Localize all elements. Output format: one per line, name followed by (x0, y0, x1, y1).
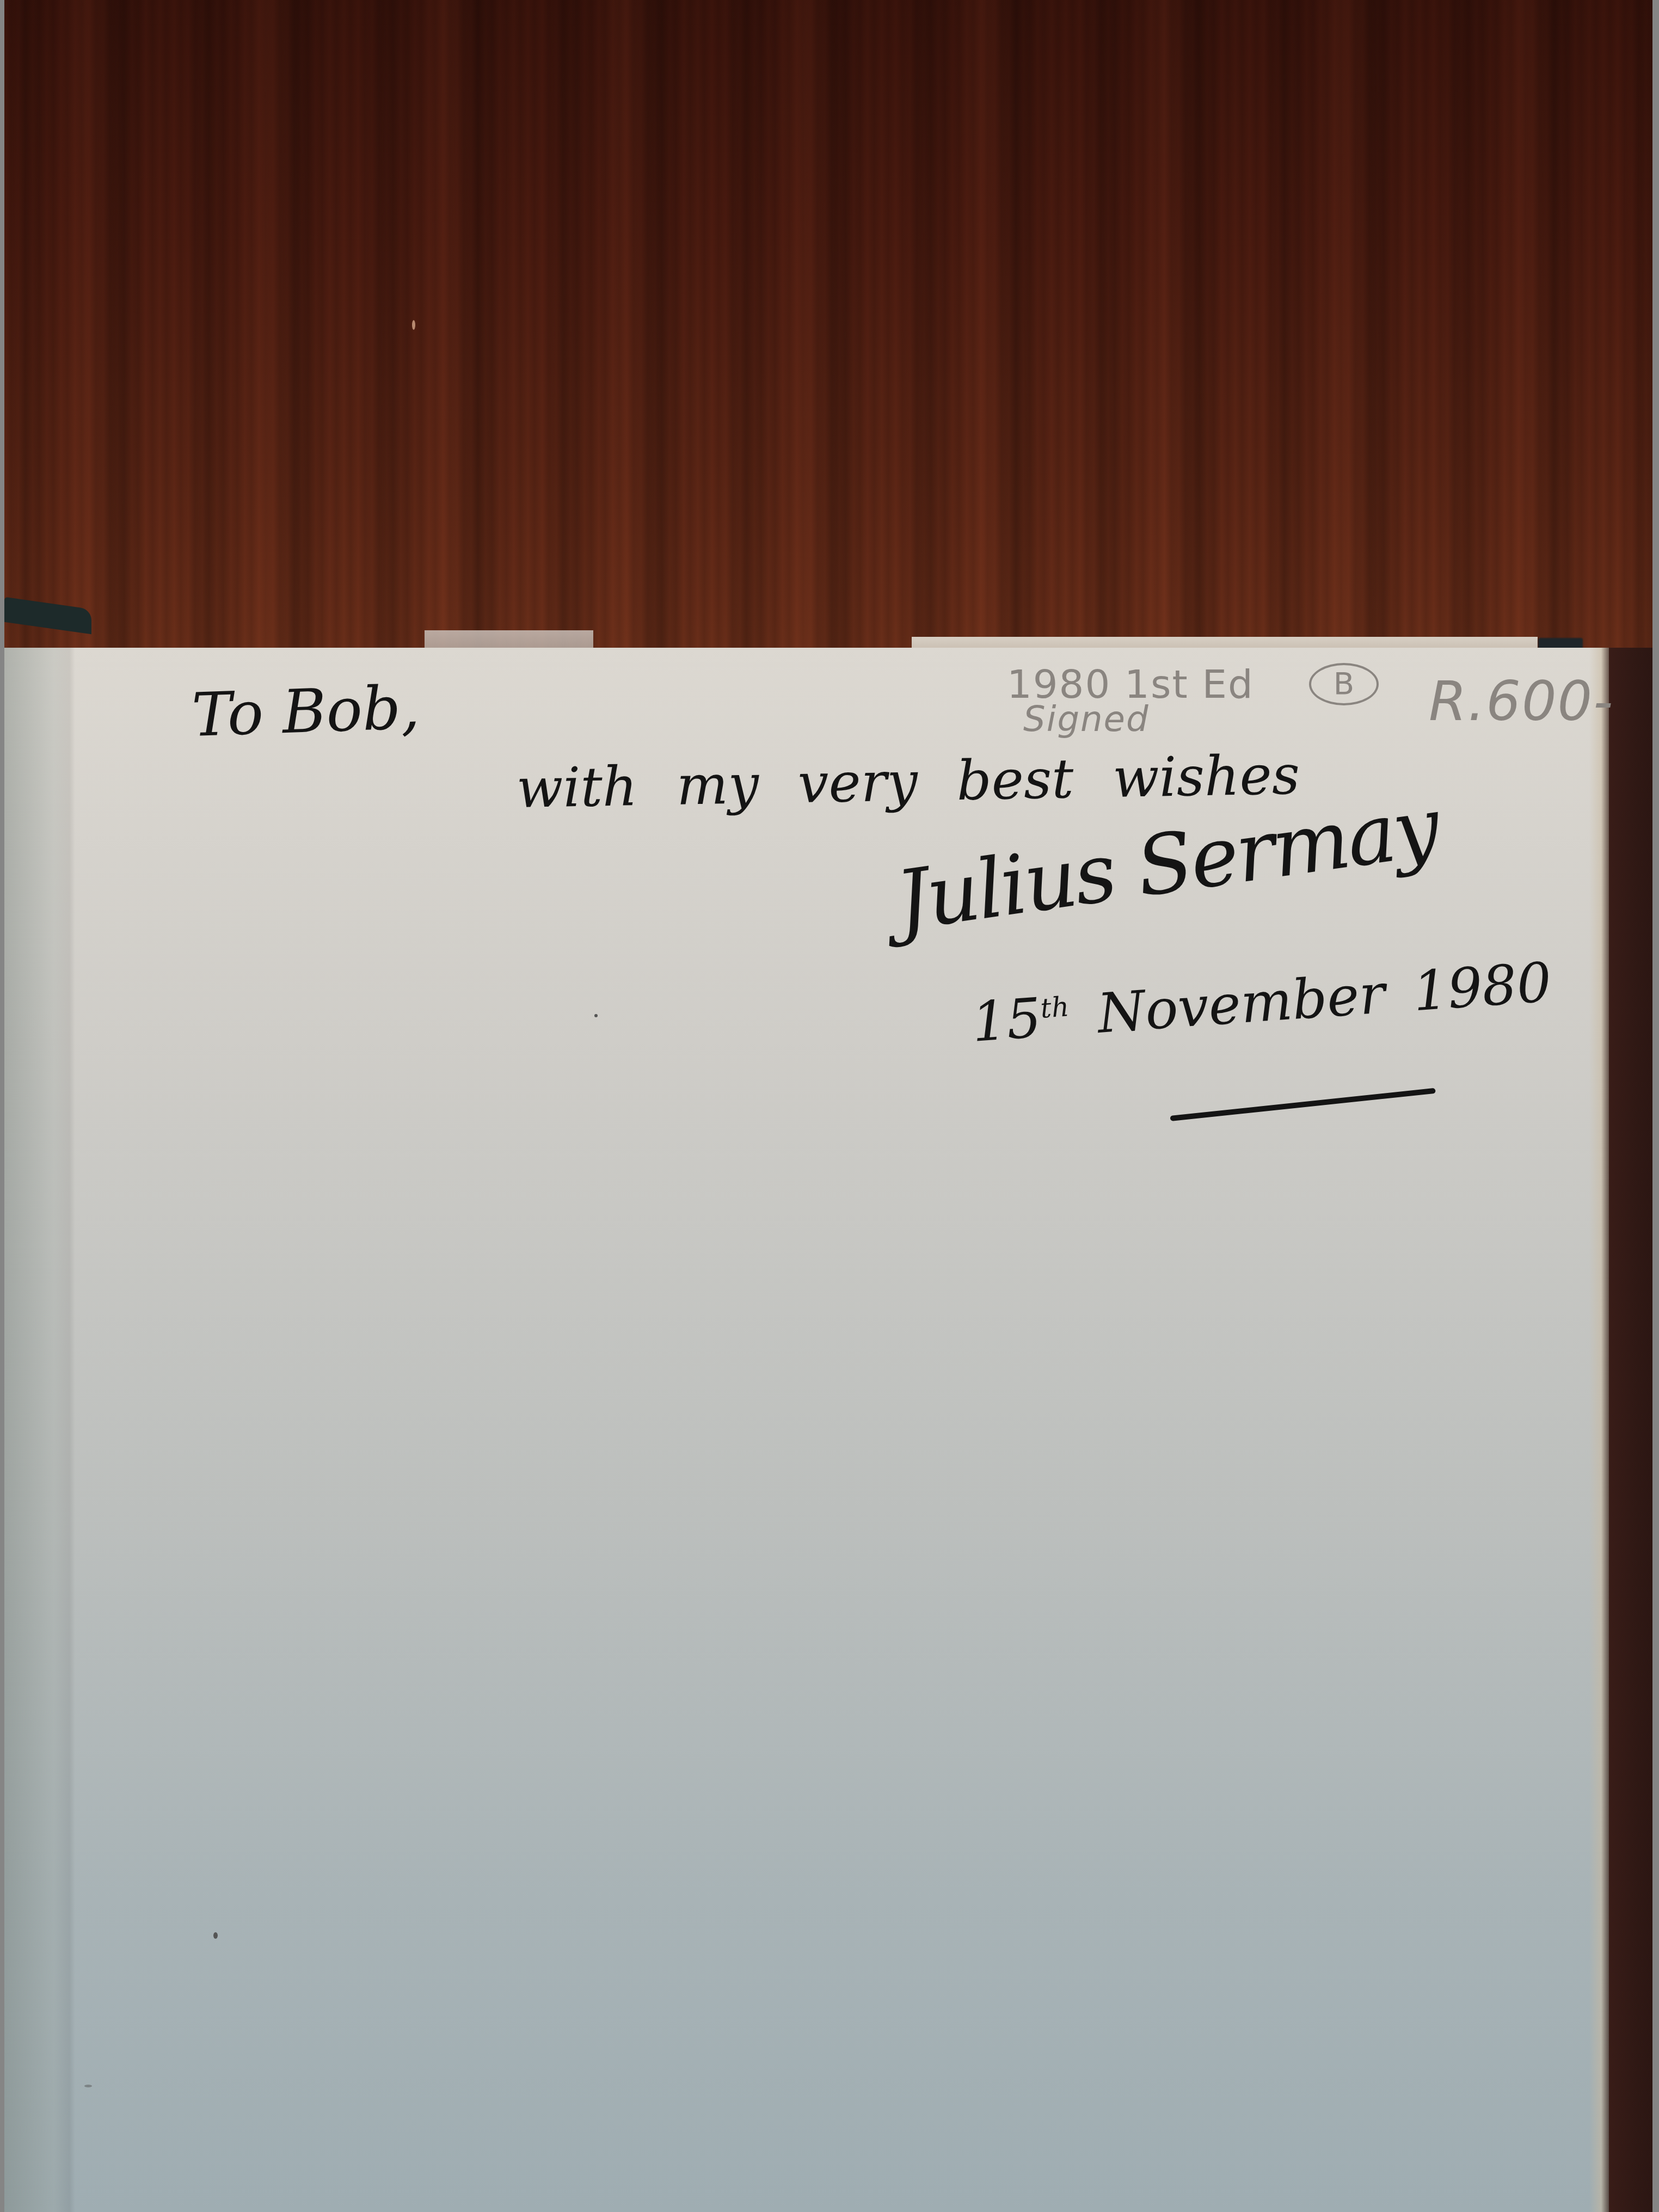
back-page-edge-left (425, 630, 593, 648)
pencil-grade-circle: B (1309, 663, 1379, 705)
date-day: 15 (970, 986, 1043, 1054)
wood-highlight (412, 320, 415, 330)
page-right-edge (1589, 648, 1609, 2212)
page-gutter-shadow (4, 648, 75, 2212)
wooden-table-right-strip (1606, 648, 1659, 2212)
pencil-signed-note: Signed (1023, 699, 1150, 740)
page-speck (84, 2085, 92, 2087)
photo-scene: 1980 1st Ed B Signed R.600- To Bob, with… (0, 0, 1659, 2212)
image-right-border (1652, 0, 1659, 2212)
inscription-greeting: To Bob, (191, 672, 421, 750)
date-suffix: th (1040, 991, 1070, 1024)
wooden-table-background (4, 0, 1659, 653)
image-left-border (0, 0, 4, 2212)
page-speck (213, 1932, 218, 1939)
pencil-price: R.600- (1429, 669, 1614, 733)
page-speck (594, 1014, 598, 1017)
